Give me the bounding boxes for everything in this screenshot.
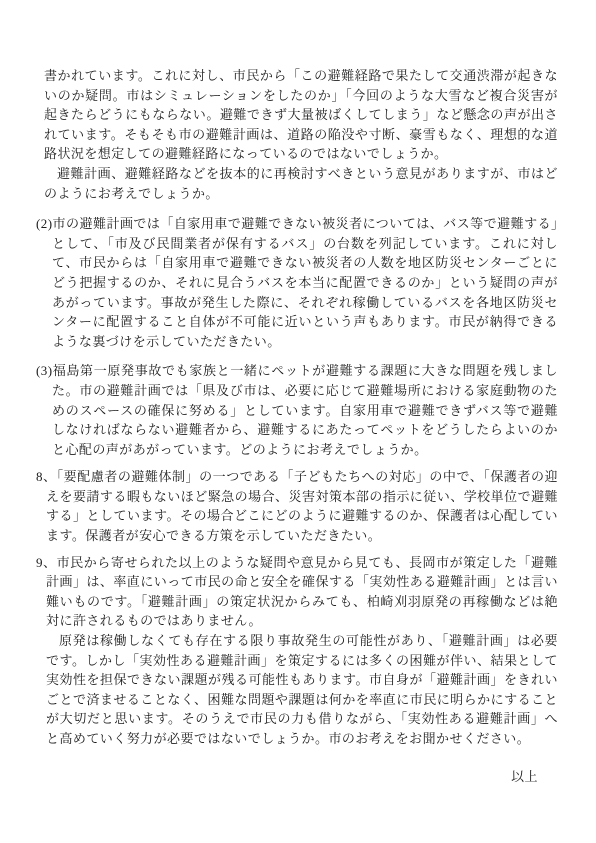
item-3-text: 福島第一原発事故でも家族と一緒にペットが避難する課題に大きな問題を残しました。市… xyxy=(52,363,558,456)
item-8-marker: 8、 xyxy=(36,469,57,484)
item-3-marker: (3) xyxy=(36,363,53,378)
item-8-paragraph: 8、「要配慮者の避難体制」の一つである「子どもたちへの対応」の中で、「保護者の迎… xyxy=(36,467,558,545)
item-9-paragraph-2: 原発は稼働しなくても存在する限り事故発生の可能性があり、「避難計画」は必要です。… xyxy=(36,631,558,749)
item-3: (3)福島第一原発事故でも家族と一緒にペットが避難する課題に大きな問題を残しまし… xyxy=(36,361,558,459)
item-2: (2)市の避難計画では「自家用車で避難できない被災者については、バス等で避難する… xyxy=(36,214,558,351)
paragraph: 避難計画、避難経路などを抜本的に再検討すべきという意見がありますが、市はどのよう… xyxy=(44,164,558,203)
item-2-marker: (2) xyxy=(36,216,53,231)
item-3-paragraph: (3)福島第一原発事故でも家族と一緒にペットが避難する課題に大きな問題を残しまし… xyxy=(36,361,558,459)
item-9: 9、市民から寄せられた以上のような疑問や意見から見ても、長岡市が策定した「避難計… xyxy=(36,553,558,749)
document-page: 書かれています。これに対し、市民から「この避難経路で果たして交通渋滞が起きないの… xyxy=(0,0,596,843)
item-2-paragraph: (2)市の避難計画では「自家用車で避難できない被災者については、バス等で避難する… xyxy=(36,214,558,351)
item-9-paragraph-1: 9、市民から寄せられた以上のような疑問や意見から見ても、長岡市が策定した「避難計… xyxy=(36,553,558,631)
item-2-text: 市の避難計画では「自家用車で避難できない被災者については、バス等で避難する」とし… xyxy=(52,216,558,349)
item-8-text: 「要配慮者の避難体制」の一つである「子どもたちへの対応」の中で、「保護者の迎えを… xyxy=(46,469,558,543)
section-7-continuation: 書かれています。これに対し、市民から「この避難経路で果たして交通渋滞が起きないの… xyxy=(36,66,558,203)
item-9-marker: 9、 xyxy=(36,555,57,570)
paragraph-continuation: 書かれています。これに対し、市民から「この避難経路で果たして交通渋滞が起きないの… xyxy=(44,66,558,164)
item-8: 8、「要配慮者の避難体制」の一つである「子どもたちへの対応」の中で、「保護者の迎… xyxy=(36,467,558,545)
closing-mark: 以上 xyxy=(36,767,558,787)
item-9-text: 市民から寄せられた以上のような疑問や意見から見ても、長岡市が策定した「避難計画」… xyxy=(46,555,558,629)
